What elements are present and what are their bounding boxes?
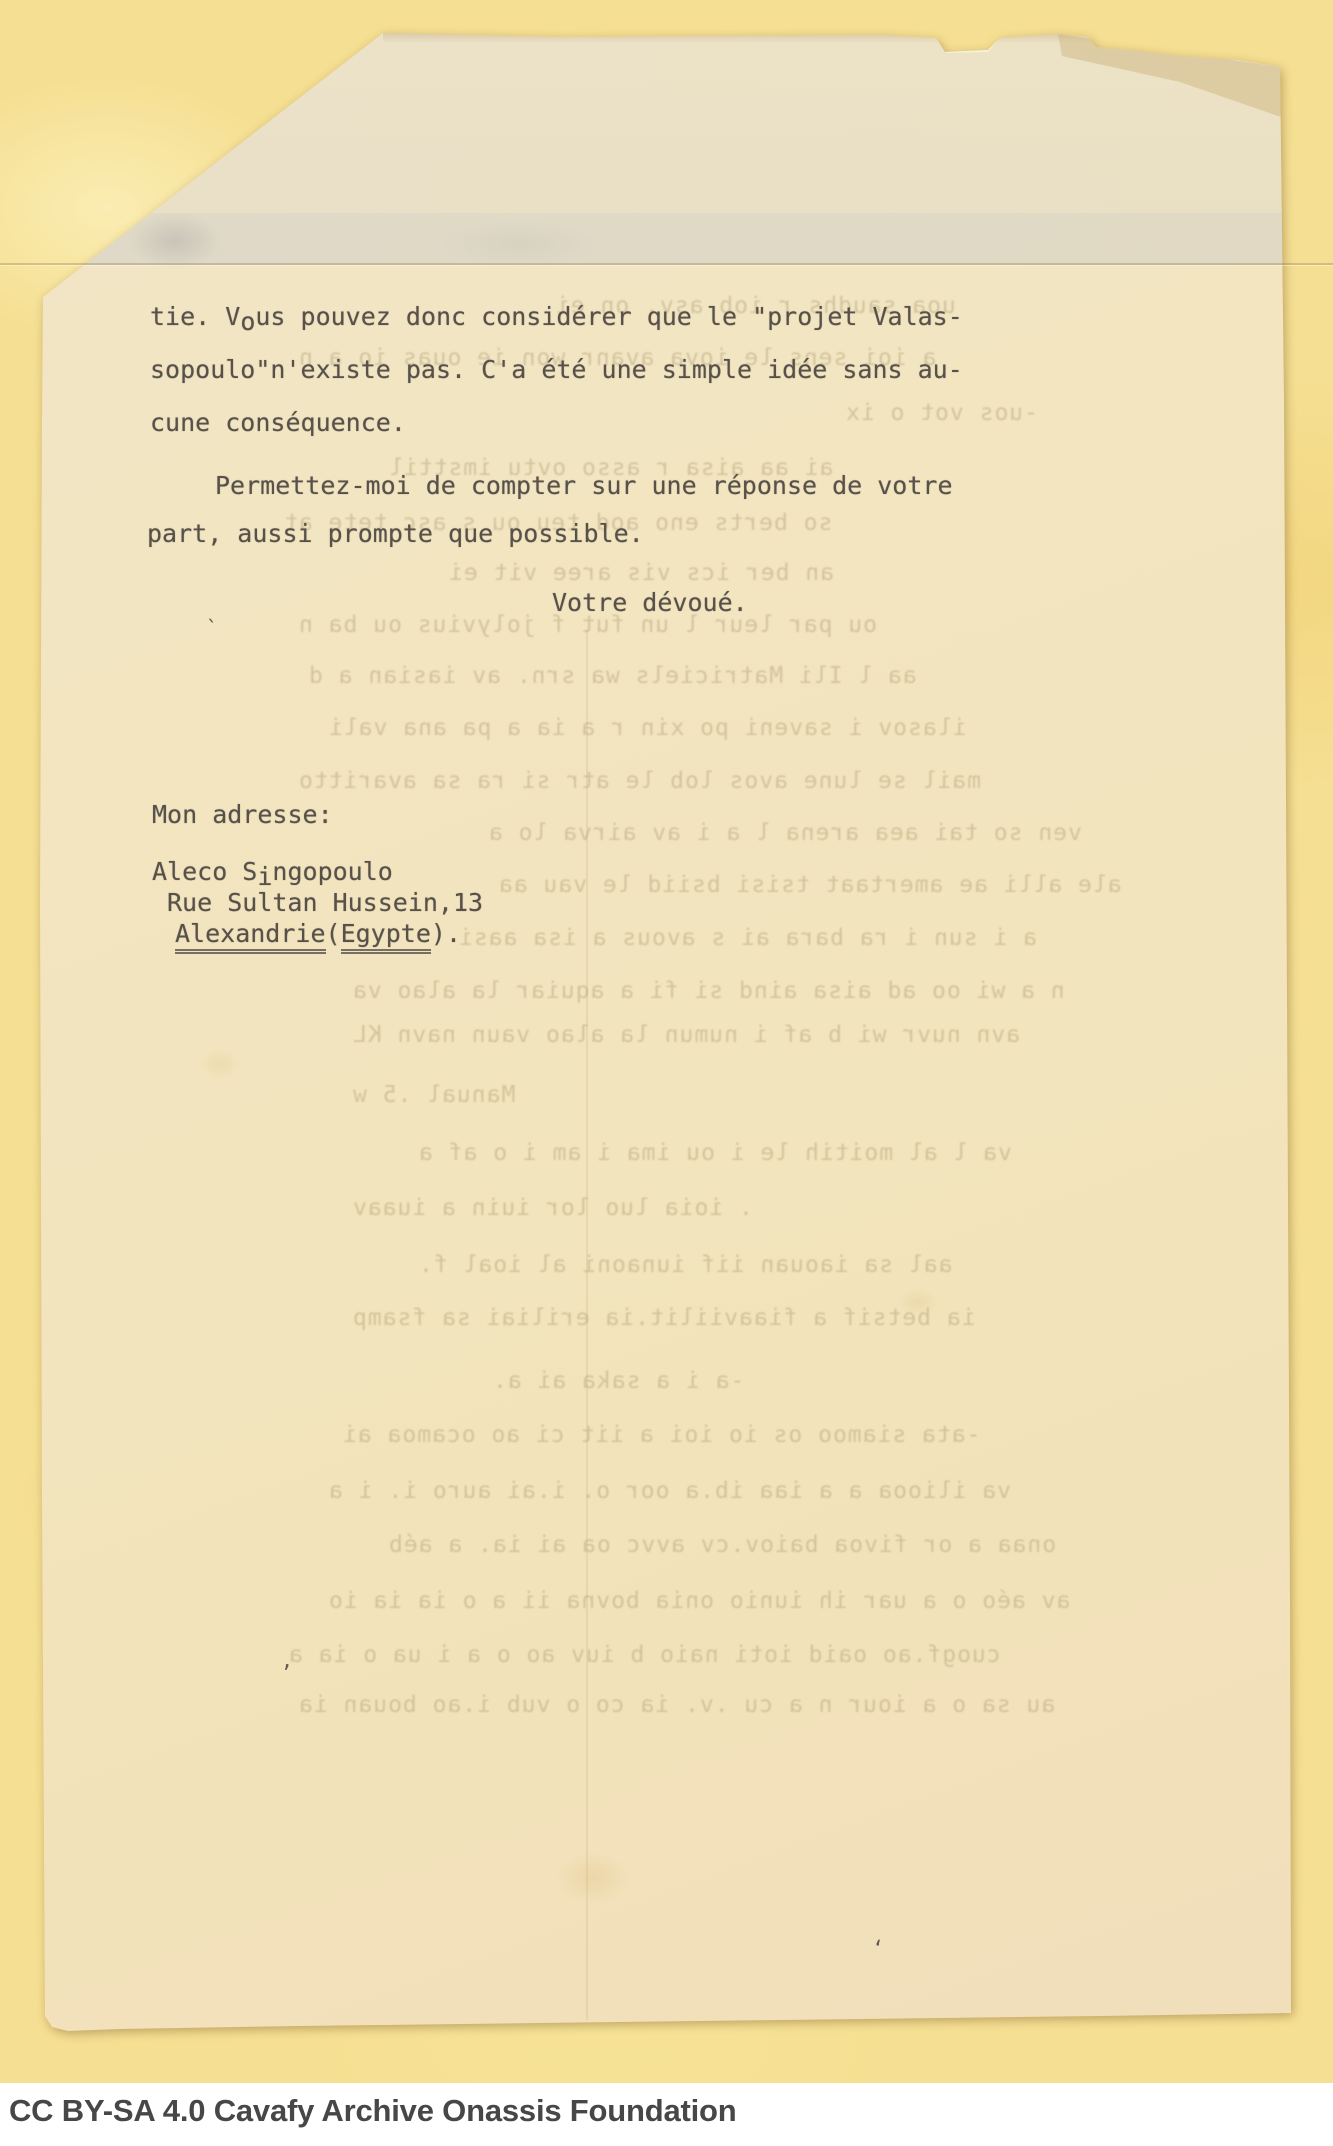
bleed-through-line: a i sun i ra bara ai s avous a isa aasi [458, 925, 1037, 951]
bleed-through-line: Manual .5 w [352, 1082, 515, 1108]
ink-speck: ` [206, 616, 218, 640]
typed-line: tie. Vous pouvez donc considérer que le … [150, 303, 963, 332]
typed-text: tie. V [150, 302, 240, 331]
letter-sheet: uoa saudhs r iob asv. on eia ioi sens le… [0, 0, 1333, 2083]
typed-text: us pouvez donc considérer que le "projet… [255, 302, 962, 331]
smudge [438, 220, 598, 268]
typed-text: Aleco S [152, 857, 257, 886]
bleed-through-line: aa l Ili Matriciels wa srn. av iasian a … [308, 663, 917, 689]
typed-line: Mon adresse: [152, 801, 333, 830]
typed-text: Permettez-moi de compter sur une réponse… [215, 471, 953, 500]
typed-line: Alexandrie(Egypte). [175, 920, 461, 949]
bleed-through-line: au sa o a iour n a cu .v. ia co o vub i.… [298, 1692, 1055, 1718]
ink-speck: , [281, 1648, 293, 1672]
bleed-through-line: onaa a or fivoa baiov.cv avvc oa ai ia. … [388, 1532, 1056, 1558]
typed-text: sopoulo"n'existe pas. C'a été une simple… [150, 355, 963, 384]
license-bar: CC BY-SA 4.0 Cavafy Archive Onassis Foun… [0, 2083, 1333, 2146]
typed-line: sopoulo"n'existe pas. C'a été une simple… [150, 356, 963, 385]
typed-line: Rue Sultan Hussein,13 [167, 889, 483, 918]
typed-text: o [240, 308, 255, 337]
typed-line: Permettez-moi de compter sur une réponse… [215, 472, 953, 501]
bleed-through-line: ia betsif a fiaaviilit.ia eriliai sa fsa… [352, 1305, 990, 1331]
typed-line: Aleco Singopoulo [152, 858, 393, 887]
bleed-through-line: -uos vot o ix [845, 400, 1038, 426]
bleed-through-line: cuogf.ao oaid ioti naio b iuv ao o a i u… [288, 1642, 1001, 1668]
typed-text: ). [431, 919, 461, 948]
letter-sheet-shadow: uoa saudhs r iob asv. on eia ioi sens le… [0, 0, 1333, 2083]
underlined-text: Alexandrie [175, 919, 326, 954]
archive-scan: uoa saudhs r iob asv. on eia ioi sens le… [0, 0, 1333, 2146]
bleed-through-line: ale alli ae amertaat tsisi bsiid le vau … [498, 872, 1122, 898]
fold-crease-line [0, 263, 1333, 265]
bleed-through-line: -a i a saka ai a. [492, 1368, 744, 1394]
smudge [128, 212, 223, 270]
bleed-through-line: aal sa iaouan iif iunaoni al ioal f. [418, 1252, 953, 1278]
bleed-through-line: -ata siamoo os io ioi a iit ci ao ocamoa… [342, 1422, 980, 1448]
bleed-through-line: va iliooa a a iaa ib.a oor o. i.ai auro … [328, 1478, 1011, 1504]
bleed-through-line: avn nuvr wi b af i numun la alao vaun na… [352, 1022, 1020, 1048]
paper-stain [556, 1852, 630, 1904]
typed-text: cune conséquence. [150, 408, 406, 437]
typed-text: part, aussi prompte que possible. [147, 519, 644, 548]
ink-speck: ʻ [872, 1936, 884, 1960]
bleed-through-line: mail se lune avos lob le atr si ra sa av… [298, 768, 981, 794]
paper-stain [198, 1048, 242, 1080]
bleed-through-line: ilasov i saveni po xin r a ia a pa ana v… [328, 715, 966, 741]
license-text: CC BY-SA 4.0 Cavafy Archive Onassis Foun… [9, 2093, 737, 2129]
typed-line: Votre dévoué. [552, 589, 748, 618]
typed-text: ngopoulo [272, 857, 392, 886]
typed-text: Mon adresse: [152, 800, 333, 829]
typed-line: cune conséquence. [150, 409, 406, 438]
typed-text: Votre dévoué. [552, 588, 748, 617]
typed-text: ( [326, 919, 341, 948]
typed-line: part, aussi prompte que possible. [147, 520, 644, 549]
bleed-through-line: an ber ics vis aree vit ei [448, 560, 834, 586]
bleed-through-line: va l al moitih le i ou ima i am i o af a [418, 1140, 1012, 1166]
bleed-through-line: ven so tai aea arena l a i av airva lo a [488, 820, 1082, 846]
bleed-through-line: . ioia luo lor iuin a iuaav [352, 1195, 753, 1221]
torn-edge-shade [383, 33, 1283, 43]
bleed-through-line: av aéo o a uar ih iunio onia bovna ii a … [328, 1588, 1070, 1614]
typed-text: Rue Sultan Hussein,13 [167, 888, 483, 917]
bleed-through-line: n a wi oo ad aisa aind si fi a aquiar la… [352, 978, 1065, 1004]
underlined-text: Egypte [341, 919, 431, 954]
